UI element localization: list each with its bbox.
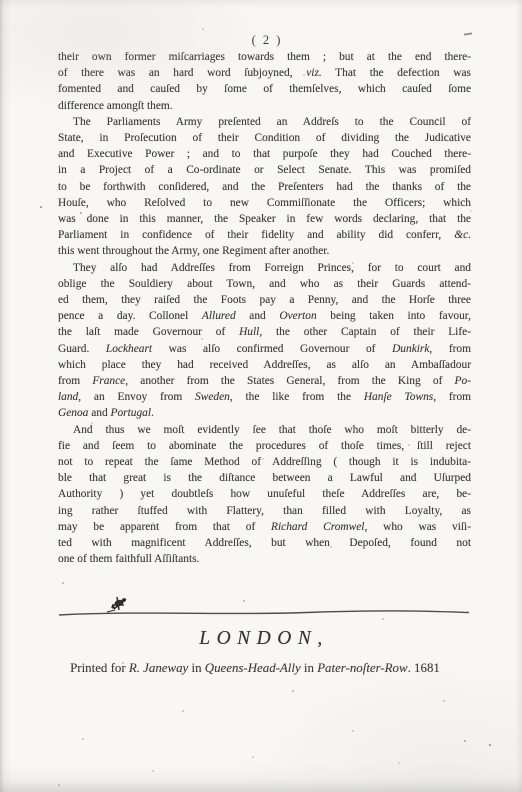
text-line: was done in this manner, the Speaker in … — [58, 211, 471, 227]
text-line: which place they had received Addreſſes,… — [58, 357, 471, 373]
text-line: fomented and cauſed by ſome of themſelve… — [58, 81, 471, 97]
text-line: pence a day. Collonel Allured and Overto… — [58, 308, 471, 324]
text-line: this went throughout the Army, one Regim… — [58, 243, 471, 259]
text-line: not to repeat the ſame Method of Addreſſ… — [58, 454, 471, 470]
text-line: fie and ſeem to abominate the procedures… — [58, 438, 471, 454]
text-line: in a Project of a Co-ordinate or Select … — [58, 162, 471, 178]
text-line: difference amongſt them. — [58, 98, 471, 114]
text-line: The Parliaments Army preſented an Addreſ… — [58, 114, 471, 130]
imprint-city: LONDON, — [14, 628, 514, 650]
text-line: ed them, they raiſed the Foots pay a Pen… — [58, 292, 471, 308]
printer-ornament-icon — [104, 593, 138, 617]
paragraph: their own former miſcarriages towards th… — [58, 49, 471, 114]
scanned-page: ( 2 ) their own former miſcarriages towa… — [0, 0, 522, 792]
paragraph: And thus we moſt evidently ſee that thoſ… — [58, 422, 471, 568]
text-line: from France, another from the States Gen… — [58, 373, 471, 389]
text-line: Guard. Lockheart was alſo confirmed Gove… — [58, 341, 471, 357]
paragraph: The Parliaments Army preſented an Addreſ… — [58, 114, 471, 260]
imprint-line: Printed for R. Janeway in Queens-Head-Al… — [30, 661, 480, 676]
text-line: their own former miſcarriages towards th… — [58, 49, 471, 65]
text-line: may be apparent from that of Richard Cro… — [58, 519, 471, 535]
paragraph: They alſo had Addreſſes from Forreign Pr… — [58, 260, 471, 422]
text-line: one of them faithfull Aſſiſtants. — [58, 551, 471, 567]
text-line: They alſo had Addreſſes from Forreign Pr… — [58, 260, 471, 276]
text-line: ted with magnificent Addreſſes, but when… — [58, 535, 471, 551]
text-line: State, in Proſecution of their Condition… — [58, 130, 471, 146]
text-line: of there was an hard word ſubjoyned, viz… — [58, 65, 471, 81]
page-number: ( 2 ) — [6, 33, 522, 48]
text-line: Authority ) yet doubtleſs how unuſeful t… — [58, 486, 471, 502]
text-line: Genoa and Portugal. — [58, 405, 471, 421]
text-line: And thus we moſt evidently ſee that thoſ… — [58, 422, 471, 438]
body-text: their own former miſcarriages towards th… — [58, 49, 471, 568]
text-line: land, an Envoy from Sweden, the like fro… — [58, 389, 471, 405]
text-line: Houſe, who Reſolved to new Commiſſionate… — [58, 195, 471, 211]
text-line: ble that great is the diſtance between a… — [58, 470, 471, 486]
text-line: and Executive Power ; and to that purpoſ… — [58, 146, 471, 162]
text-line: Parliament in confidence of their fideli… — [58, 227, 471, 243]
text-line: ing rather ſtuffed with Flattery, than f… — [58, 503, 471, 519]
text-line: oblige the Souldiery about Town, and who… — [58, 276, 471, 292]
text-line: the laſt made Governour of Hull, the oth… — [58, 324, 471, 340]
text-line: to be forthwith conſidered, and the Preſ… — [58, 179, 471, 195]
